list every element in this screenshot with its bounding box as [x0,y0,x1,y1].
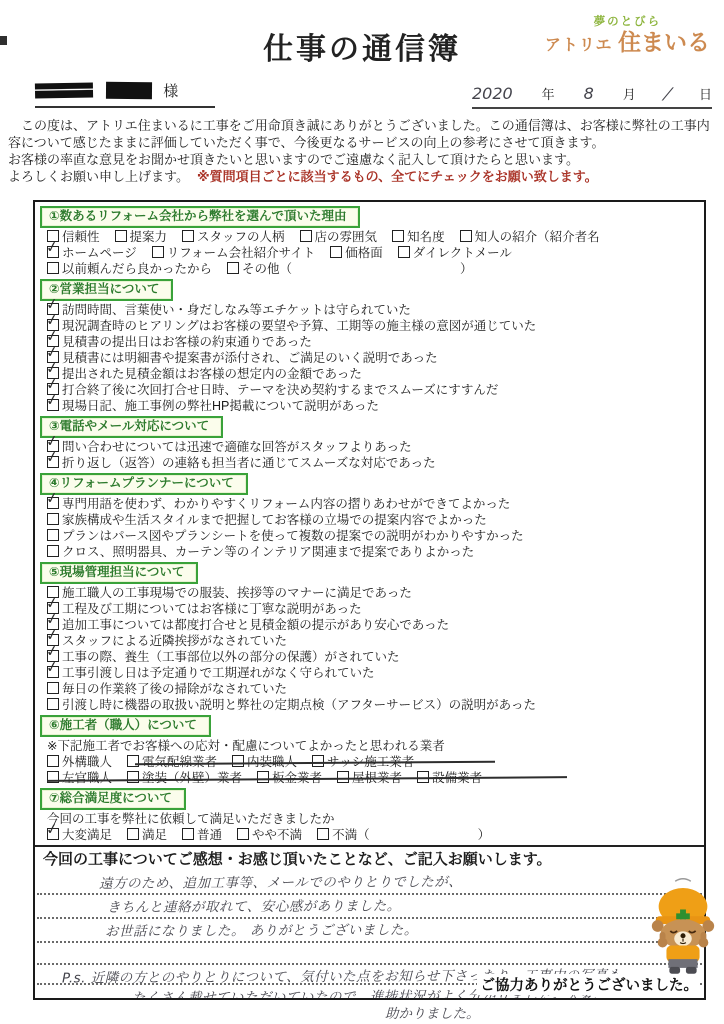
checkbox-row: 訪問時間、言葉使い・身だしなみ等エチケットは守られていた [47,302,704,318]
comment-heading: 今回の工事についてご感想・お感じ頂いたことなど、ご記入お願いします。 [35,847,704,871]
checkbox-item: その他（） [227,261,473,277]
checkbox[interactable] [182,230,194,242]
checkbox-item: 打合終了後に次回打合せ日時、テーマを決め契約するまでスムーズにすすんだ [47,382,498,398]
checkbox-row: 大変満足満足普通やや不満不満（） [47,827,704,843]
checkbox-row: 見積書の提出日はお客様の約束通りであった [47,334,704,350]
checkbox-row: 現況調査時のヒアリングはお客様の要望や予算、工期等の施主様の意図が通じていた [47,318,704,334]
checkbox-label: 見積書には明細書や提案書が添付され、ご満足のいく説明であった [62,351,438,365]
checkbox-label: 工程及び工期についてはお客様に丁寧な説明があった [62,602,362,616]
checkbox-row: スタッフによる近隣挨拶がなされていた [47,633,704,649]
checkbox-label: スタッフによる近隣挨拶がなされていた [62,634,287,648]
survey-form-box: ①数あるリフォーム会社から弊社を選んで頂いた理由信頼性提案力スタッフの人柄店の雰… [33,200,706,1000]
date-year-label: 年 [542,84,555,103]
checkbox-item: やや不満 [237,827,302,843]
checkbox-row: 外構職人電気配線業者内装職人サッシ施工業者 [47,754,704,770]
checkbox[interactable] [115,230,127,242]
checkbox[interactable] [47,755,59,767]
survey-section: ⑤現場管理担当について施工職人の工事現場での服装、挨拶等のマナーに満足であった工… [35,560,704,713]
handwritten-text: きちんと連絡が取れて、安心感がありました。 [107,894,401,916]
checkbox-row: 工程及び工期についてはお客様に丁寧な説明があった [47,601,704,617]
checkbox-item: 左官職人 [47,770,112,786]
checkbox[interactable] [232,755,244,767]
section-heading: ①数あるリフォーム会社から弊社を選んで頂いた理由 [40,206,360,228]
checkbox-label: 知名度 [407,230,445,244]
checkbox-label: 現場日記、施工事例の弊社HP掲載について説明があった [62,399,379,413]
checkbox-row: 打合終了後に次回打合せ日時、テーマを決め契約するまでスムーズにすすんだ [47,382,704,398]
checkbox[interactable] [47,262,59,274]
checkbox[interactable] [47,513,59,525]
checkbox-label: 施工職人の工事現場での服装、挨拶等のマナーに満足であった [62,586,412,600]
checkbox-row: 施工職人の工事現場での服装、挨拶等のマナーに満足であった [47,585,704,601]
customer-name-line: 様 [35,80,215,108]
checkbox-row: 引渡し時に機器の取扱い説明と弊社の定期点検（アフターサービス）の説明があった [47,697,704,713]
checkbox-row: ホームページリフォーム会社紹介サイト価格面ダイレクトメール [47,245,704,261]
checkbox-item: ダイレクトメール [398,245,512,261]
logo-company-name: アトリエ 住まいる [545,29,710,55]
survey-section: ①数あるリフォーム会社から弊社を選んで頂いた理由信頼性提案力スタッフの人柄店の雰… [35,204,704,277]
checkbox-label: クロス、照明器具、カーテン等のインテリア関連まで提案でありよかった [62,545,474,559]
checkbox[interactable] [330,246,342,258]
checkbox-row: 工事引渡し日は予定通りで工期遅れがなく守られていた [47,665,704,681]
date-line: 2020 年 8 月 / 日 [472,84,712,109]
handwritten-text: 遠方のため、追加工事等、メールでのやりとりでしたが、 [99,870,462,892]
checkbox-label: 提出された見積金額はお客様の想定内の金額であった [62,367,362,381]
survey-sections: ①数あるリフォーム会社から弊社を選んで頂いた理由信頼性提案力スタッフの人柄店の雰… [35,204,704,843]
checkbox-label: 工事引渡し日は予定通りで工期遅れがなく守られていた [62,666,375,680]
checkbox-label: 引渡し時に機器の取扱い説明と弊社の定期点検（アフターサービス）の説明があった [62,698,536,712]
checkbox-label: 現況調査時のヒアリングはお客様の要望や予算、工期等の施主様の意図が通じていた [62,319,536,333]
checkbox-item: 毎日の作業終了後の掃除がなされていた [47,681,287,697]
date-day-label: 日 [699,84,712,103]
checkbox-row: 信頼性提案力スタッフの人柄店の雰囲気知名度知人の紹介（紹介者名） [47,229,704,245]
intro-line-3-text: よろしくお願い申し上げます。 [8,169,189,184]
comment-line[interactable]: 遠方のため、追加工事等、メールでのやりとりでしたが、 [37,871,702,895]
checked-checkbox[interactable] [47,246,59,258]
date-year-value: 2020 [472,84,513,103]
checkbox-item: 不満（） [317,827,490,843]
comment-line[interactable]: きちんと連絡が取れて、安心感がありました。 [37,895,702,919]
checkbox-item: 知人の紹介（紹介者名） [460,229,706,245]
section-note: 今回の工事を弊社に依頼して満足いただきましたか [47,811,704,827]
logo-tagline: 夢のとびら [545,16,710,29]
checkbox[interactable] [392,230,404,242]
checkbox-item: 施工職人の工事現場での服装、挨拶等のマナーに満足であった [47,585,412,601]
checkbox-label: 左官職人 [62,771,112,785]
checkbox-row: 工事の際、養生（工事部位以外の部分の保護）がされていた [47,649,704,665]
intro-paragraph: この度は、アトリエ住まいるに工事をご用命頂き誠にありがとうございました。この通信… [8,117,719,185]
checked-checkbox[interactable] [47,497,59,509]
checkbox-item: 工程及び工期についてはお客様に丁寧な説明があった [47,601,362,617]
checked-checkbox[interactable] [47,399,59,411]
checkbox-label: 普通 [197,828,222,842]
checkbox-label: リフォーム会社紹介サイト [167,246,316,260]
checkbox-row: 専門用語を使わず、わかりやすくリフォーム内容の摺りあわせができてよかった [47,496,704,512]
date-month-value: 8 [584,84,594,103]
handwritten-after-note: 助かりました。 [385,1002,480,1022]
redacted-name-block [106,82,152,99]
checkbox-label: その他（ [242,262,292,276]
checkbox-item: 工事引渡し日は予定通りで工期遅れがなく守られていた [47,665,375,681]
checkbox-label: 専門用語を使わず、わかりやすくリフォーム内容の摺りあわせができてよかった [62,497,510,511]
date-month-label: 月 [623,84,636,103]
checkbox-label: 訪問時間、言葉使い・身だしなみ等エチケットは守られていた [62,303,411,317]
checkbox-item: 提出された見積金額はお客様の想定内の金額であった [47,366,362,382]
construction-bear-mascot-icon [646,876,720,978]
checkbox-item: 現場日記、施工事例の弊社HP掲載について説明があった [47,398,379,414]
checkbox-label: 価格面 [345,246,383,260]
checkbox[interactable] [237,828,249,840]
checkbox-label: 知人の紹介（紹介者名 [475,230,600,244]
checkbox[interactable] [182,828,194,840]
section-heading: ③電話やメール対応について [40,416,223,438]
checkbox-item: プランはパース図やプランシートを使って複数の提案での説明がわかりやすかった [47,528,524,544]
checked-checkbox[interactable] [47,828,59,840]
checkbox[interactable] [47,545,59,557]
intro-line-3: よろしくお願い申し上げます。※質問項目ごとに該当するもの、全てにチェックをお願い… [8,168,719,185]
checkbox[interactable] [227,262,239,274]
checkbox-row: 現場日記、施工事例の弊社HP掲載について説明があった [47,398,704,414]
checkbox-item: 提案力 [115,229,168,245]
checkbox-item: 訪問時間、言葉使い・身だしなみ等エチケットは守られていた [47,302,411,318]
checkbox[interactable] [127,828,139,840]
checkbox-row: プランはパース図やプランシートを使って複数の提案での説明がわかりやすかった [47,528,704,544]
checkbox-label: 打合終了後に次回打合せ日時、テーマを決め契約するまでスムーズにすすんだ [62,383,498,397]
scanned-survey-form: 仕事の通信簿 夢のとびら アトリエ 住まいる 様 2020 年 8 月 / 日 … [0,0,724,1024]
checkbox-label: 追加工事については都度打合せと見積金額の提示があり安心であった [62,618,449,632]
checkbox-item: 家族構成や生活スタイルまで把握してお客様の立場での提案内容でよかった [47,512,487,528]
section-note: ※下記施工者でお客様への応対・配慮についてよかったと思われる業者 [47,738,704,754]
checkbox-row: 提出された見積金額はお客様の想定内の金額であった [47,366,704,382]
checkbox-item: 店の雰囲気 [300,229,378,245]
checkbox-item: 価格面 [330,245,383,261]
checkbox-row: 家族構成や生活スタイルまで把握してお客様の立場での提案内容でよかった [47,512,704,528]
checkbox-label: 見積書の提出日はお客様の約束通りであった [62,335,312,349]
survey-section: ③電話やメール対応について問い合わせについては迅速で適確な回答がスタッフよりあっ… [35,414,704,471]
logo-company-main: 住まいる [618,29,710,55]
checkbox-label: 信頼性 [62,230,100,244]
checkbox-item: 引渡し時に機器の取扱い説明と弊社の定期点検（アフターサービス）の説明があった [47,697,536,713]
checkbox-label: 家族構成や生活スタイルまで把握してお客様の立場での提案内容でよかった [62,513,487,527]
check-instruction-note: ※質問項目ごとに該当するもの、全てにチェックをお願い致します。 [197,169,598,184]
checkbox[interactable] [47,682,59,694]
checkbox-label: 不満（ [332,828,370,842]
checkbox-label: 店の雰囲気 [315,230,378,244]
checkbox-item: 大変満足 [47,827,112,843]
checkbox-row: 追加工事については都度打合せと見積金額の提示があり安心であった [47,617,704,633]
checkbox-item: 普通 [182,827,222,843]
checkbox-row: 毎日の作業終了後の掃除がなされていた [47,681,704,697]
checked-checkbox[interactable] [47,666,59,678]
checkbox-label: 大変満足 [62,828,112,842]
checkbox-row: 以前頼んだら良かったからその他（） [47,261,704,277]
checkbox-item: 見積書の提出日はお客様の約束通りであった [47,334,312,350]
checkbox-label: 毎日の作業終了後の掃除がなされていた [62,682,287,696]
checkbox-label: 満足 [142,828,167,842]
survey-section: ④リフォームプランナーについて専門用語を使わず、わかりやすくリフォーム内容の摺り… [35,471,704,560]
checkbox-item: 知名度 [392,229,445,245]
date-day-value: / [662,84,674,103]
checkbox-row: 見積書には明細書や提案書が添付され、ご満足のいく説明であった [47,350,704,366]
paren-close: ） [478,828,491,842]
checkbox-item: 以前頼んだら良かったから [47,261,212,277]
checked-checkbox[interactable] [47,456,59,468]
checkbox[interactable] [47,698,59,710]
checkbox-row: 問い合わせについては迅速で適確な回答がスタッフよりあった [47,439,704,455]
section-heading: ②営業担当について [40,279,173,301]
redacted-name-block [35,82,93,98]
checkbox-item: クロス、照明器具、カーテン等のインテリア関連まで提案でありよかった [47,544,474,560]
checkbox-label: ダイレクトメール [413,246,512,260]
checkbox-label: ホームページ [62,246,137,260]
checkbox-item: 専門用語を使わず、わかりやすくリフォーム内容の摺りあわせができてよかった [47,496,510,512]
checkbox-item: ホームページ [47,245,137,261]
checkbox-label: 工事の際、養生（工事部位以外の部分の保護）がされていた [62,650,400,664]
handwritten-text: お世話になりました。 ありがとうございました。 [105,918,418,940]
paren-close: ） [460,262,473,276]
checkbox-item: 見積書には明細書や提案書が添付され、ご満足のいく説明であった [47,350,438,366]
checkbox-item: 外構職人 [47,754,112,770]
checkbox[interactable] [398,246,410,258]
comment-line[interactable] [37,943,702,965]
checkbox-label: 問い合わせについては迅速で適確な回答がスタッフよりあった [62,440,412,454]
checkbox[interactable] [317,828,329,840]
checkbox[interactable] [47,529,59,541]
checkbox-item: スタッフによる近隣挨拶がなされていた [47,633,287,649]
checkbox-label: やや不満 [252,828,302,842]
intro-line-2: お客様の率直な意見をお聞かせ頂きたいと思いますのでご遠慮なく記入して頂けたらと思… [8,151,719,168]
checkbox-item: 追加工事については都度打合せと見積金額の提示があり安心であった [47,617,449,633]
intro-line-1: この度は、アトリエ住まいるに工事をご用命頂き誠にありがとうございました。この通信… [8,117,719,151]
checkbox-label: 以前頼んだら良かったから [62,262,212,276]
checkbox-row: クロス、照明器具、カーテン等のインテリア関連まで提案でありよかった [47,544,704,560]
checkbox-item: 折り返し（返答）の連絡も担当者に通じてスムーズな対応であった [47,455,436,471]
checkbox-item: 現況調査時のヒアリングはお客様の要望や予算、工期等の施主様の意図が通じていた [47,318,536,334]
section-heading: ④リフォームプランナーについて [40,473,248,495]
checkbox-row: 左官職人塗装（外壁）業者板金業者屋根業者設備業者 [47,770,704,786]
checkbox-label: 提案力 [130,230,168,244]
checkbox-item: 満足 [127,827,167,843]
name-honorific: 様 [163,83,178,100]
checkbox-label: スタッフの人柄 [197,230,285,244]
checkbox-item: 工事の際、養生（工事部位以外の部分の保護）がされていた [47,649,400,665]
logo-company-pre: アトリエ [545,37,618,54]
checkbox-label: 外構職人 [62,755,112,769]
checkbox-label: プランはパース図やプランシートを使って複数の提案での説明がわかりやすかった [62,529,524,543]
comment-line[interactable]: お世話になりました。 ありがとうございました。 [37,919,702,943]
checkbox[interactable] [300,230,312,242]
section-heading: ⑤現場管理担当について [40,562,198,584]
section-heading: ⑦総合満足度について [40,788,186,810]
checkbox-item: スタッフの人柄 [182,229,285,245]
section-heading: ⑥施工者（職人）について [40,715,211,737]
survey-section: ②営業担当について訪問時間、言葉使い・身だしなみ等エチケットは守られていた現況調… [35,277,704,414]
company-logo: 夢のとびら アトリエ 住まいる [545,16,710,56]
checkbox-item: 問い合わせについては迅速で適確な回答がスタッフよりあった [47,439,412,455]
checkbox[interactable] [460,230,472,242]
checkbox-row: 折り返し（返答）の連絡も担当者に通じてスムーズな対応であった [47,455,704,471]
checkbox[interactable] [257,771,269,783]
checkbox-item: リフォーム会社紹介サイト [152,245,316,261]
survey-section: ⑦総合満足度について今回の工事を弊社に依頼して満足いただきましたか大変満足満足普… [35,786,704,843]
checkbox[interactable] [152,246,164,258]
survey-section: ⑥施工者（職人）について※下記施工者でお客様への応対・配慮についてよかったと思わ… [35,713,704,786]
checkbox-label: 折り返し（返答）の連絡も担当者に通じてスムーズな対応であった [62,456,436,470]
